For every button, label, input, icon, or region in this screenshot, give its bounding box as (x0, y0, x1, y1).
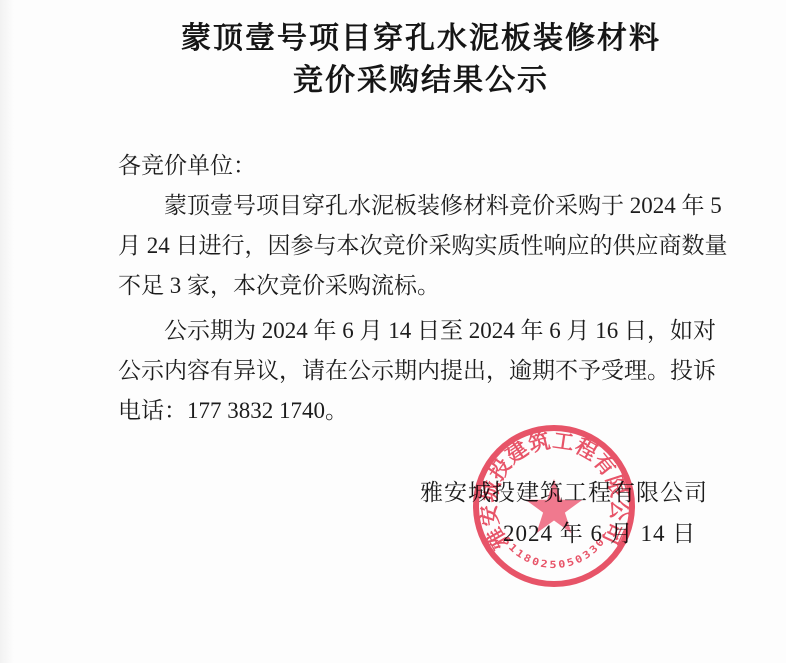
document-page: 蒙顶壹号项目穿孔水泥板装修材料 竞价采购结果公示 各竞价单位： 蒙顶壹号项目穿孔… (0, 0, 786, 663)
document-title-line1: 蒙顶壹号项目穿孔水泥板装修材料 (56, 18, 786, 60)
paragraph2-line: 公示内容有异议，请在公示期内提出，逾期不予受理。投诉 (118, 351, 700, 391)
document-title-line2: 竞价采购结果公示 (56, 60, 786, 102)
paragraph2-line: 电话：177 3832 1740。 (118, 391, 700, 431)
document-title: 蒙顶壹号项目穿孔水泥板装修材料 竞价采购结果公示 (56, 18, 786, 102)
paragraph2-line: 公示期为 2024 年 6 月 14 日至 2024 年 6 月 16 日，如对 (118, 311, 700, 351)
signature-date: 2024 年 6 月 14 日 (503, 515, 696, 548)
paragraph1-line: 月 24 日进行，因参与本次竞价采购实质性响应的供应商数量 (118, 226, 700, 266)
paragraph1-line: 蒙顶壹号项目穿孔水泥板装修材料竞价采购于 2024 年 5 (118, 186, 700, 226)
document-body: 各竞价单位： 蒙顶壹号项目穿孔水泥板装修材料竞价采购于 2024 年 5 月 2… (118, 146, 700, 431)
paragraph1-line: 不足 3 家，本次竞价采购流标。 (118, 266, 700, 306)
salutation: 各竞价单位： (118, 146, 700, 186)
signature-company: 雅安城投建筑工程有限公司 (420, 474, 708, 507)
